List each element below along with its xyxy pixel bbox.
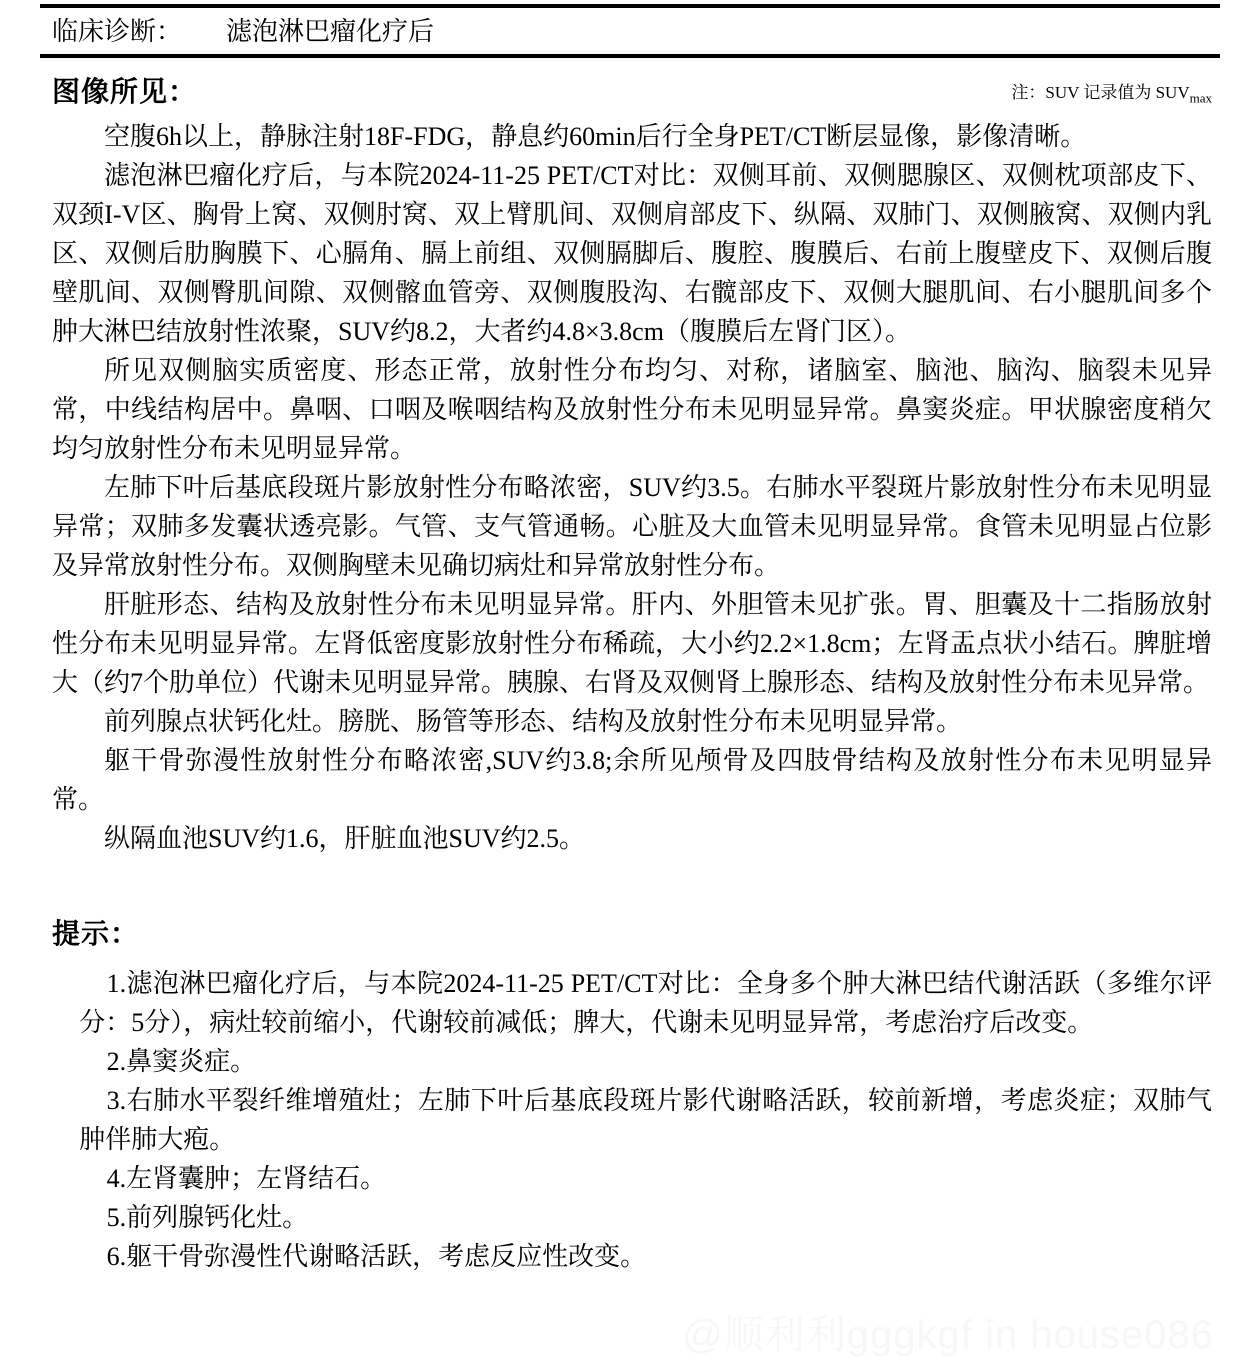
findings-title: 图像所见： xyxy=(52,70,197,110)
clinical-diagnosis-row: 临床诊断：滤泡淋巴瘤化疗后 xyxy=(40,8,1220,54)
impression-item: 1.滤泡淋巴瘤化疗后，与本院2024-11-25 PET/CT对比：全身多个肿大… xyxy=(52,964,1212,1042)
impression-item: 4.左肾囊肿；左肾结石。 xyxy=(52,1159,1212,1198)
findings-paragraph: 空腹6h以上，静脉注射18F-FDG，静息约60min后行全身PET/CT断层显… xyxy=(52,117,1212,156)
findings-paragraph: 左肺下叶后基底段斑片影放射性分布略浓密，SUV约3.5。右肺水平裂斑片影放射性分… xyxy=(52,468,1212,585)
impression-items: 1.滤泡淋巴瘤化疗后，与本院2024-11-25 PET/CT对比：全身多个肿大… xyxy=(52,964,1212,1276)
watermark: @顺利利gggkgf in house086 xyxy=(682,1303,1214,1360)
suv-note: 注：SUV 记录值为 SUVmax xyxy=(1011,70,1212,103)
clinical-diagnosis-value: 滤泡淋巴瘤化疗后 xyxy=(226,17,434,46)
impression-item: 3.右肺水平裂纤维增殖灶；左肺下叶后基底段斑片影代谢略活跃，较前新增，考虑炎症；… xyxy=(52,1081,1212,1159)
impression-section: 提示： 1.滤泡淋巴瘤化疗后，与本院2024-11-25 PET/CT对比：全身… xyxy=(40,912,1220,1276)
suv-note-subscript: max xyxy=(1190,90,1212,105)
findings-paragraph: 肝脏形态、结构及放射性分布未见明显异常。肝内、外胆管未见扩张。胃、胆囊及十二指肠… xyxy=(52,585,1212,702)
findings-paragraph: 所见双侧脑实质密度、形态正常，放射性分布均匀、对称，诸脑室、脑池、脑沟、脑裂未见… xyxy=(52,351,1212,468)
impression-item: 5.前列腺钙化灶。 xyxy=(52,1198,1212,1237)
impression-item: 6.躯干骨弥漫性代谢略活跃，考虑反应性改变。 xyxy=(52,1237,1212,1276)
report-page: 临床诊断：滤泡淋巴瘤化疗后 图像所见： 注：SUV 记录值为 SUVmax 空腹… xyxy=(0,0,1260,1366)
findings-paragraph: 前列腺点状钙化灶。膀胱、肠管等形态、结构及放射性分布未见明显异常。 xyxy=(52,702,1212,741)
clinical-diagnosis-label: 临床诊断： xyxy=(52,17,182,46)
impression-title: 提示： xyxy=(52,912,1212,952)
suv-note-text: 注：SUV 记录值为 SUV xyxy=(1011,83,1189,102)
findings-paragraph: 滤泡淋巴瘤化疗后，与本院2024-11-25 PET/CT对比：双侧耳前、双侧腮… xyxy=(52,156,1212,351)
findings-paragraphs: 空腹6h以上，静脉注射18F-FDG，静息约60min后行全身PET/CT断层显… xyxy=(40,110,1220,858)
findings-header: 图像所见： 注：SUV 记录值为 SUVmax xyxy=(40,58,1220,110)
findings-paragraph: 纵隔血池SUV约1.6，肝脏血池SUV约2.5。 xyxy=(52,819,1212,858)
findings-paragraph: 躯干骨弥漫性放射性分布略浓密,SUV约3.8;余所见颅骨及四肢骨结构及放射性分布… xyxy=(52,741,1212,819)
impression-item: 2.鼻窦炎症。 xyxy=(52,1042,1212,1081)
